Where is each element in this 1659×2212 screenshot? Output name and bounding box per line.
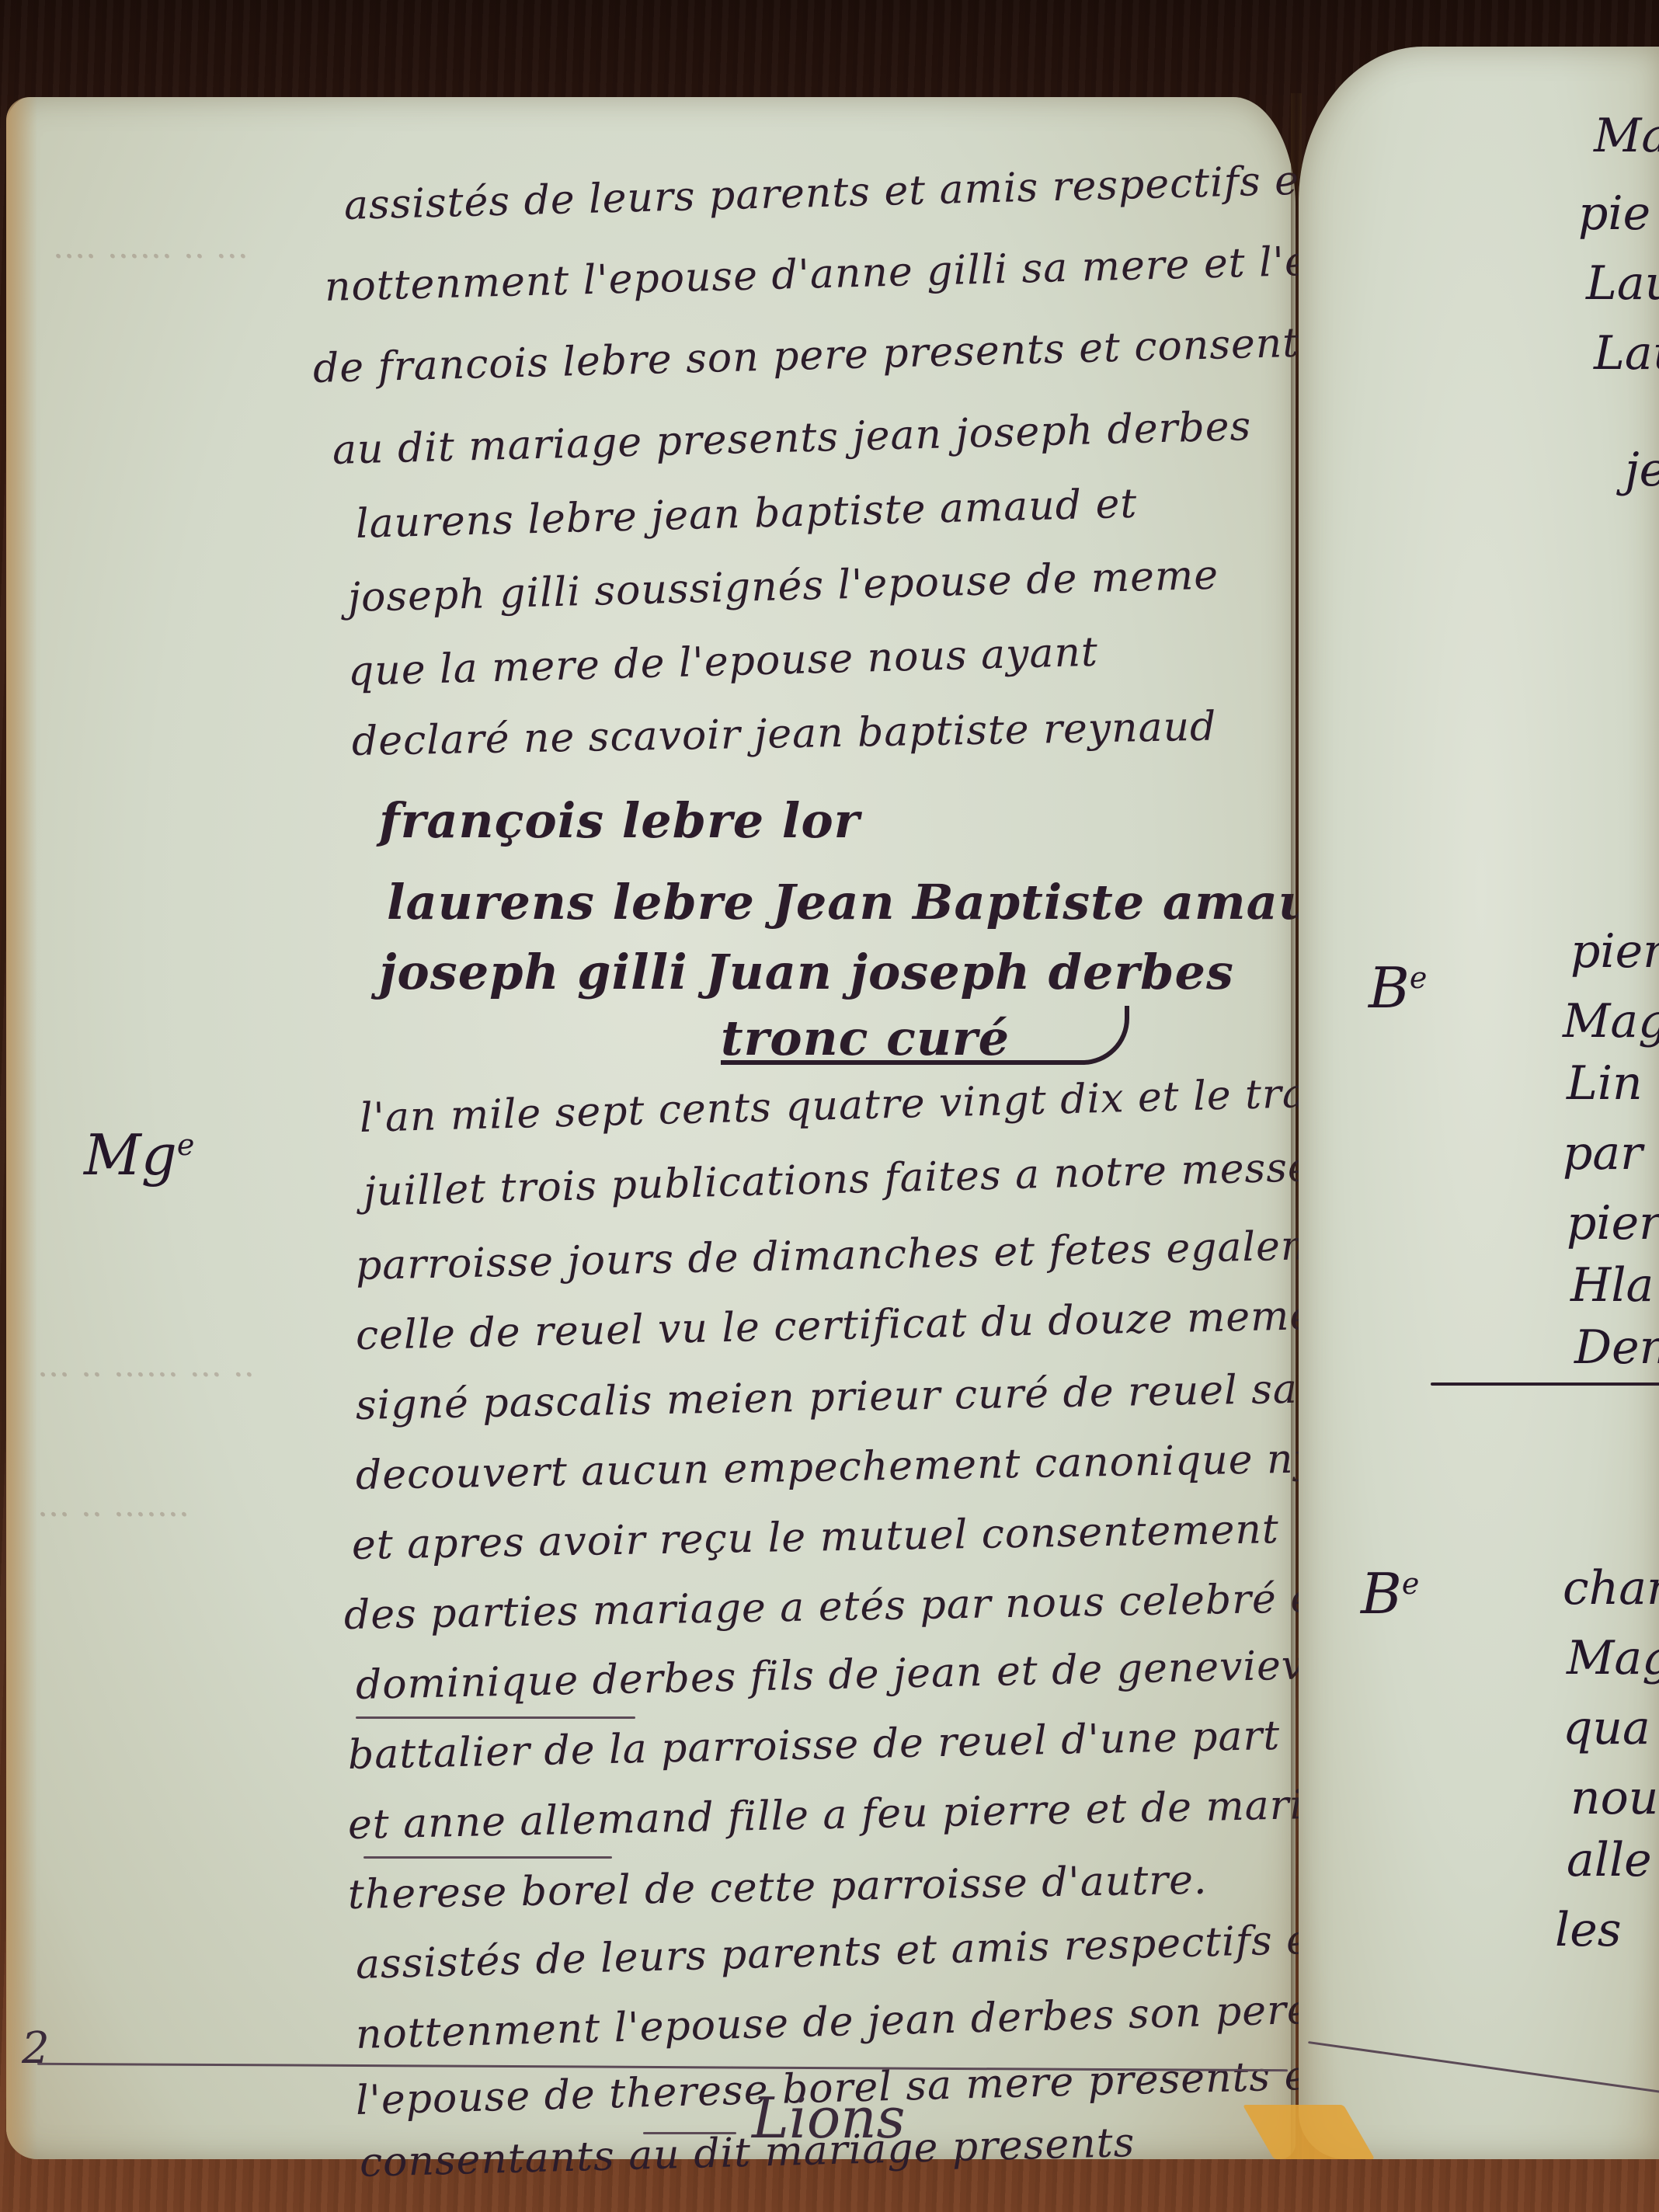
- entry-line: laurens lebre jean baptiste amaud et: [355, 481, 1138, 548]
- right-page-fragment: par: [1563, 1126, 1643, 1181]
- margin-note-superscript: e: [177, 1128, 195, 1162]
- bleed-through-text: ·· ··· ······ ·· ···: [37, 1355, 255, 1395]
- signature-stroke: [643, 2132, 736, 2134]
- entry-line: joseph gilli soussignés l'epouse de meme: [347, 552, 1219, 621]
- left-page: ··· ·· ······ ···· ·· ··· ······ ·· ··· …: [6, 97, 1296, 2159]
- right-page-fragment: alle: [1567, 1833, 1652, 1887]
- margin-note-superscript: e: [1410, 961, 1428, 995]
- underline-rule: [356, 1716, 635, 1719]
- entry-line: nottenment l'epouse de jean derbes son p…: [355, 1985, 1367, 2058]
- right-page-fragment: pier: [1567, 1196, 1659, 1250]
- margin-note-mariage: Mge: [84, 1122, 194, 1188]
- margin-note-text: B: [1369, 955, 1410, 1021]
- right-page-fragment: pie: [1578, 186, 1650, 241]
- entry-line: battalier de la parroisse de reuel d'une…: [347, 1713, 1280, 1779]
- margin-note-text: B: [1361, 1561, 1402, 1626]
- entry-line: des parties mariage a etés par nous cele…: [343, 1574, 1403, 1639]
- right-page-fragment: pier: [1570, 924, 1659, 979]
- signature-line: françois lebre lor: [379, 792, 860, 849]
- signature-flourish: [721, 1006, 1129, 1065]
- entry-line: que la mere de l'epouse nous ayant: [347, 629, 1098, 695]
- margin-note-superscript: e: [1402, 1567, 1420, 1601]
- section-flourish: [1431, 1382, 1659, 1386]
- entry-line: et anne allemand fille a feu pierre et d…: [347, 1782, 1328, 1849]
- right-page-fragment: Mag: [1567, 1631, 1659, 1685]
- right-page-fragment: je: [1625, 443, 1659, 497]
- right-page-fragment: Lau: [1594, 326, 1659, 381]
- entry-line: dominique derbes fils de jean et de gene…: [355, 1642, 1330, 1709]
- entry-line: juillet trois publications faites a notr…: [363, 1143, 1378, 1216]
- entry-line: celle de reuel vu le certificat du douze…: [355, 1290, 1428, 1359]
- right-page-fragment: Den: [1574, 1320, 1659, 1375]
- right-page-fragment: char: [1563, 1561, 1659, 1616]
- entry-line: assistés de leurs parents et amis respec…: [355, 1916, 1328, 1988]
- entry-line: au dit mariage presents jean joseph derb…: [332, 403, 1252, 474]
- entry-line: declaré ne scavoir jean baptiste reynaud: [351, 704, 1216, 765]
- page-bottom-rule: [1308, 2041, 1659, 2093]
- footer-signature: Lions: [752, 2085, 906, 2151]
- page-number: 2: [22, 2023, 50, 2074]
- signature-line: joseph gilli Juan joseph derbes: [379, 944, 1234, 1000]
- right-page-fragment: Ma: [1594, 109, 1659, 163]
- right-page-fragment: Lin: [1567, 1056, 1643, 1111]
- right-page-fragment: qua: [1563, 1701, 1650, 1755]
- underline-rule: [363, 1856, 612, 1859]
- margin-note-bapteme: Be: [1369, 955, 1427, 1021]
- margin-note-text: Mg: [84, 1122, 177, 1188]
- entry-line: l'an mile sept cents quatre vingt dix et…: [359, 1069, 1368, 1142]
- entry-line: et apres avoir reçu le mutuel consenteme…: [351, 1506, 1279, 1569]
- entry-line: nottenment l'epouse d'anne gilli sa mere…: [324, 235, 1435, 311]
- entry-line: de francois lebre son pere presents et c…: [312, 318, 1390, 392]
- right-page-fragment: Hla: [1570, 1258, 1654, 1313]
- right-page-fragment: Lau: [1586, 256, 1659, 311]
- margin-note-bapteme: Be: [1361, 1561, 1419, 1626]
- right-page-fragment: nou: [1570, 1771, 1658, 1825]
- right-page: Ma pie Lau Lau je Be pier Mag Lin par pi…: [1299, 47, 1659, 2159]
- bleed-through-text: ······· ·· ···: [37, 1495, 190, 1535]
- entry-line: decouvert aucun empechement canonique ny…: [355, 1434, 1419, 1499]
- right-page-fragment: Mag: [1563, 994, 1659, 1049]
- entry-line: therese borel de cette parroisse d'autre…: [347, 1857, 1207, 1918]
- entry-line: assistés de leurs parents et amis respec…: [343, 157, 1316, 229]
- right-page-fragment: les: [1555, 1903, 1622, 1957]
- bleed-through-text: ··· ·· ······ ····: [53, 237, 249, 276]
- signature-line: laurens lebre Jean Baptiste amaud: [387, 874, 1348, 930]
